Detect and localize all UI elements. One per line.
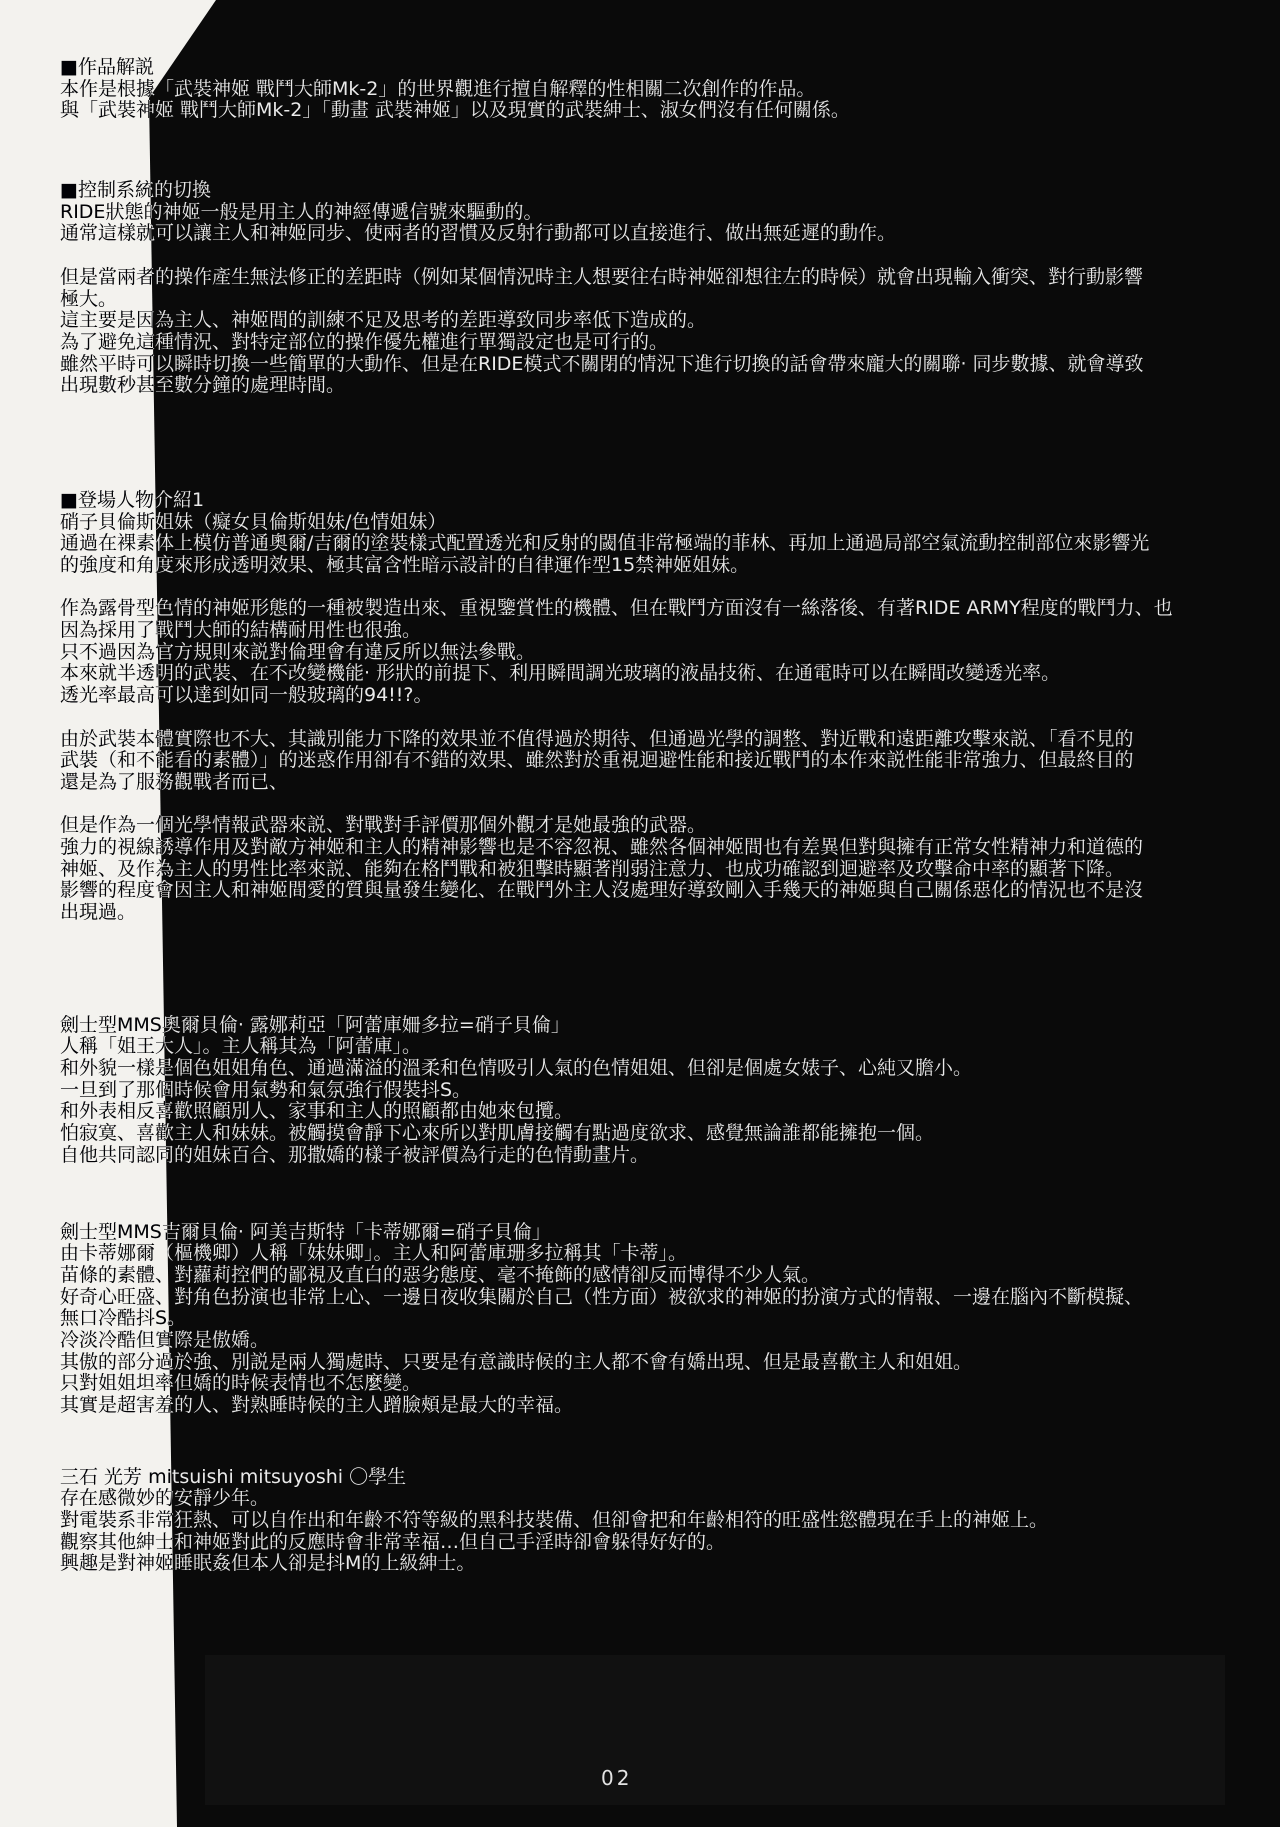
scanned-page: ■作品解説本作是根據「武裝神姬 戰鬥大師Mk-2」的世界觀進行擅自解釋的性相關二… bbox=[0, 0, 1280, 1827]
text-line: 其傲的部分過於強、別説是兩人獨處時、只要是有意識時候的主人都不會有嬌出現、但是最… bbox=[60, 1352, 1252, 1374]
text-line: 因為採用了戰鬥大師的結構耐用性也很強。 bbox=[60, 620, 1252, 642]
text-line: 但是當兩者的操作產生無法修正的差距時（例如某個情況時主人想要往右時神姬卻想往左的… bbox=[60, 267, 1252, 289]
section-master-profile: 三石 光芳 mitsuishi mitsuyoshi 〇學生存在感微妙的安靜少年… bbox=[60, 1467, 1252, 1575]
section-heading: ■作品解説 bbox=[60, 57, 1252, 79]
text-line: 和外貌一樣是個色姐姐角色、通過滿溢的溫柔和色情吸引人氣的色情姐姐、但卻是個處女婊… bbox=[60, 1058, 1252, 1080]
text-line: 這主要是因為主人、神姬間的訓練不足及思考的差距導致同步率低下造成的。 bbox=[60, 310, 1252, 332]
section-work-notes: ■作品解説本作是根據「武裝神姬 戰鬥大師Mk-2」的世界觀進行擅自解釋的性相關二… bbox=[60, 57, 1252, 122]
text-line: RIDE狀態的神姬一般是用主人的神經傳遞信號來驅動的。 bbox=[60, 202, 1252, 224]
text-line bbox=[60, 707, 1252, 729]
text-line: 劍士型MMS奧爾貝倫· 露娜莉亞「阿蕾庫姍多拉=硝子貝倫」 bbox=[60, 1015, 1252, 1037]
text-line: 由卡蒂娜爾（樞機卿）人稱「妹妹卿」。主人和阿蕾庫珊多拉稱其「卡蒂」。 bbox=[60, 1243, 1252, 1265]
text-line: 為了避免這種情況、對特定部位的操作優先權進行單獨設定也是可行的。 bbox=[60, 332, 1252, 354]
text-line: 極大。 bbox=[60, 289, 1252, 311]
text-line: 冷淡冷酷但實際是傲嬌。 bbox=[60, 1330, 1252, 1352]
text-line: 其實是超害羞的人、對熟睡時候的主人蹭臉頰是最大的幸福。 bbox=[60, 1395, 1252, 1417]
text-line: 本作是根據「武裝神姬 戰鬥大師Mk-2」的世界觀進行擅自解釋的性相關二次創作的作… bbox=[60, 79, 1252, 101]
text-line: 出現過。 bbox=[60, 902, 1252, 924]
section-alexandra-profile: 劍士型MMS奧爾貝倫· 露娜莉亞「阿蕾庫姍多拉=硝子貝倫」人稱「姐王大人」。主人… bbox=[60, 1015, 1252, 1167]
text-line: 對電裝系非常狂熱、可以自作出和年齡不符等級的黑科技裝備、但卻會把和年齡相符的旺盛… bbox=[60, 1510, 1252, 1532]
text-line: 通常這樣就可以讓主人和神姬同步、使兩者的習慣及反射行動都可以直接進行、做出無延遲… bbox=[60, 223, 1252, 245]
text-line: 通過在裸素体上模仿普通奧爾/吉爾的塗裝樣式配置透光和反射的閾值非常極端的菲林、再… bbox=[60, 533, 1252, 555]
text-line: 只不過因為官方規則來説對倫理會有違反所以無法參戰。 bbox=[60, 642, 1252, 664]
text-layer: ■作品解説本作是根據「武裝神姬 戰鬥大師Mk-2」的世界觀進行擅自解釋的性相關二… bbox=[60, 57, 1252, 1827]
text-line bbox=[60, 577, 1252, 599]
text-line: 人稱「姐王大人」。主人稱其為「阿蕾庫」。 bbox=[60, 1036, 1252, 1058]
section-characters-intro: ■登場人物介紹1硝子貝倫斯姐妹（癡女貝倫斯姐妹/色情姐妹）通過在裸素体上模仿普通… bbox=[60, 490, 1252, 924]
text-line bbox=[60, 794, 1252, 816]
page-number: 02 bbox=[601, 1768, 632, 1790]
text-line: 一旦到了那個時候會用氣勢和氣氛強行假裝抖S。 bbox=[60, 1080, 1252, 1102]
text-line: 與「武裝神姬 戰鬥大師Mk-2」「動畫 武裝神姬」以及現實的武裝紳士、淑女們沒有… bbox=[60, 100, 1252, 122]
section-catinal-profile: 劍士型MMS吉爾貝倫· 阿美吉斯特「卡蒂娜爾=硝子貝倫」由卡蒂娜爾（樞機卿）人稱… bbox=[60, 1222, 1252, 1417]
text-line: 作為露骨型色情的神姬形態的一種被製造出來、重視鑒賞性的機體、但在戰鬥方面沒有一絲… bbox=[60, 598, 1252, 620]
text-line: 武裝（和不能看的素體）」的迷惑作用卻有不錯的效果、雖然對於重視迴避性能和接近戰鬥… bbox=[60, 750, 1252, 772]
text-line: 出現數秒甚至數分鐘的處理時間。 bbox=[60, 375, 1252, 397]
text-line: 還是為了服務觀戰者而已、 bbox=[60, 772, 1252, 794]
text-line: 影響的程度會因主人和神姬間愛的質與量發生變化、在戰鬥外主人沒處理好導致剛入手幾天… bbox=[60, 880, 1252, 902]
text-line: 三石 光芳 mitsuishi mitsuyoshi 〇學生 bbox=[60, 1467, 1252, 1489]
text-line: 的強度和角度來形成透明效果、極其富含性暗示設計的自律運作型15禁神姬姐妹。 bbox=[60, 555, 1252, 577]
text-line: 透光率最高可以達到如同一般玻璃的94!!?。 bbox=[60, 685, 1252, 707]
text-line: 只對姐姐坦率但嬌的時候表情也不怎麼變。 bbox=[60, 1373, 1252, 1395]
text-line: 神姬、及作為主人的男性比率來説、能夠在格鬥戰和被狙擊時顯著削弱注意力、也成功確認… bbox=[60, 859, 1252, 881]
text-line: 興趣是對神姬睡眠姦但本人卻是抖M的上級紳士。 bbox=[60, 1553, 1252, 1575]
text-line: 和外表相反喜歡照顧別人、家事和主人的照顧都由她來包攬。 bbox=[60, 1101, 1252, 1123]
text-line: 但是作為一個光學情報武器來説、對戰對手評價那個外觀才是她最強的武器。 bbox=[60, 815, 1252, 837]
text-line: 怕寂寞、喜歡主人和妹妹。被觸摸會靜下心來所以對肌膚接觸有點過度欲求、感覺無論誰都… bbox=[60, 1123, 1252, 1145]
text-line: 由於武裝本體實際也不大、其識別能力下降的效果並不值得過於期待、但通過光學的調整、… bbox=[60, 729, 1252, 751]
text-line: 觀察其他紳士和神姬對此的反應時會非常幸福…但自己手淫時卻會躲得好好的。 bbox=[60, 1532, 1252, 1554]
text-line: 好奇心旺盛、對角色扮演也非常上心、一邊日夜收集關於自己（性方面）被欲求的神姬的扮… bbox=[60, 1287, 1252, 1309]
text-line: 劍士型MMS吉爾貝倫· 阿美吉斯特「卡蒂娜爾=硝子貝倫」 bbox=[60, 1222, 1252, 1244]
text-line: 硝子貝倫斯姐妹（癡女貝倫斯姐妹/色情姐妹） bbox=[60, 512, 1252, 534]
section-heading: ■控制系統的切換 bbox=[60, 180, 1252, 202]
text-line: 苗條的素體、對蘿莉控們的鄙視及直白的惡劣態度、毫不掩飾的感情卻反而博得不少人氣。 bbox=[60, 1265, 1252, 1287]
section-control-system: ■控制系統的切換RIDE狀態的神姬一般是用主人的神經傳遞信號來驅動的。通常這樣就… bbox=[60, 180, 1252, 397]
text-line bbox=[60, 245, 1252, 267]
text-line: 本來就半透明的武裝、在不改變機能· 形狀的前提下、利用瞬間調光玻璃的液晶技術、在… bbox=[60, 663, 1252, 685]
text-line: 強力的視線誘導作用及對敵方神姬和主人的精神影響也是不容忽視、雖然各個神姬間也有差… bbox=[60, 837, 1252, 859]
text-line: 自他共同認同的姐妹百合、那撒嬌的樣子被評價為行走的色情動畫片。 bbox=[60, 1145, 1252, 1167]
text-line: 雖然平時可以瞬時切換一些簡單的大動作、但是在RIDE模式不關閉的情況下進行切換的… bbox=[60, 354, 1252, 376]
text-line: 存在感微妙的安靜少年。 bbox=[60, 1488, 1252, 1510]
text-line: 無口冷酷抖S。 bbox=[60, 1308, 1252, 1330]
section-heading: ■登場人物介紹1 bbox=[60, 490, 1252, 512]
